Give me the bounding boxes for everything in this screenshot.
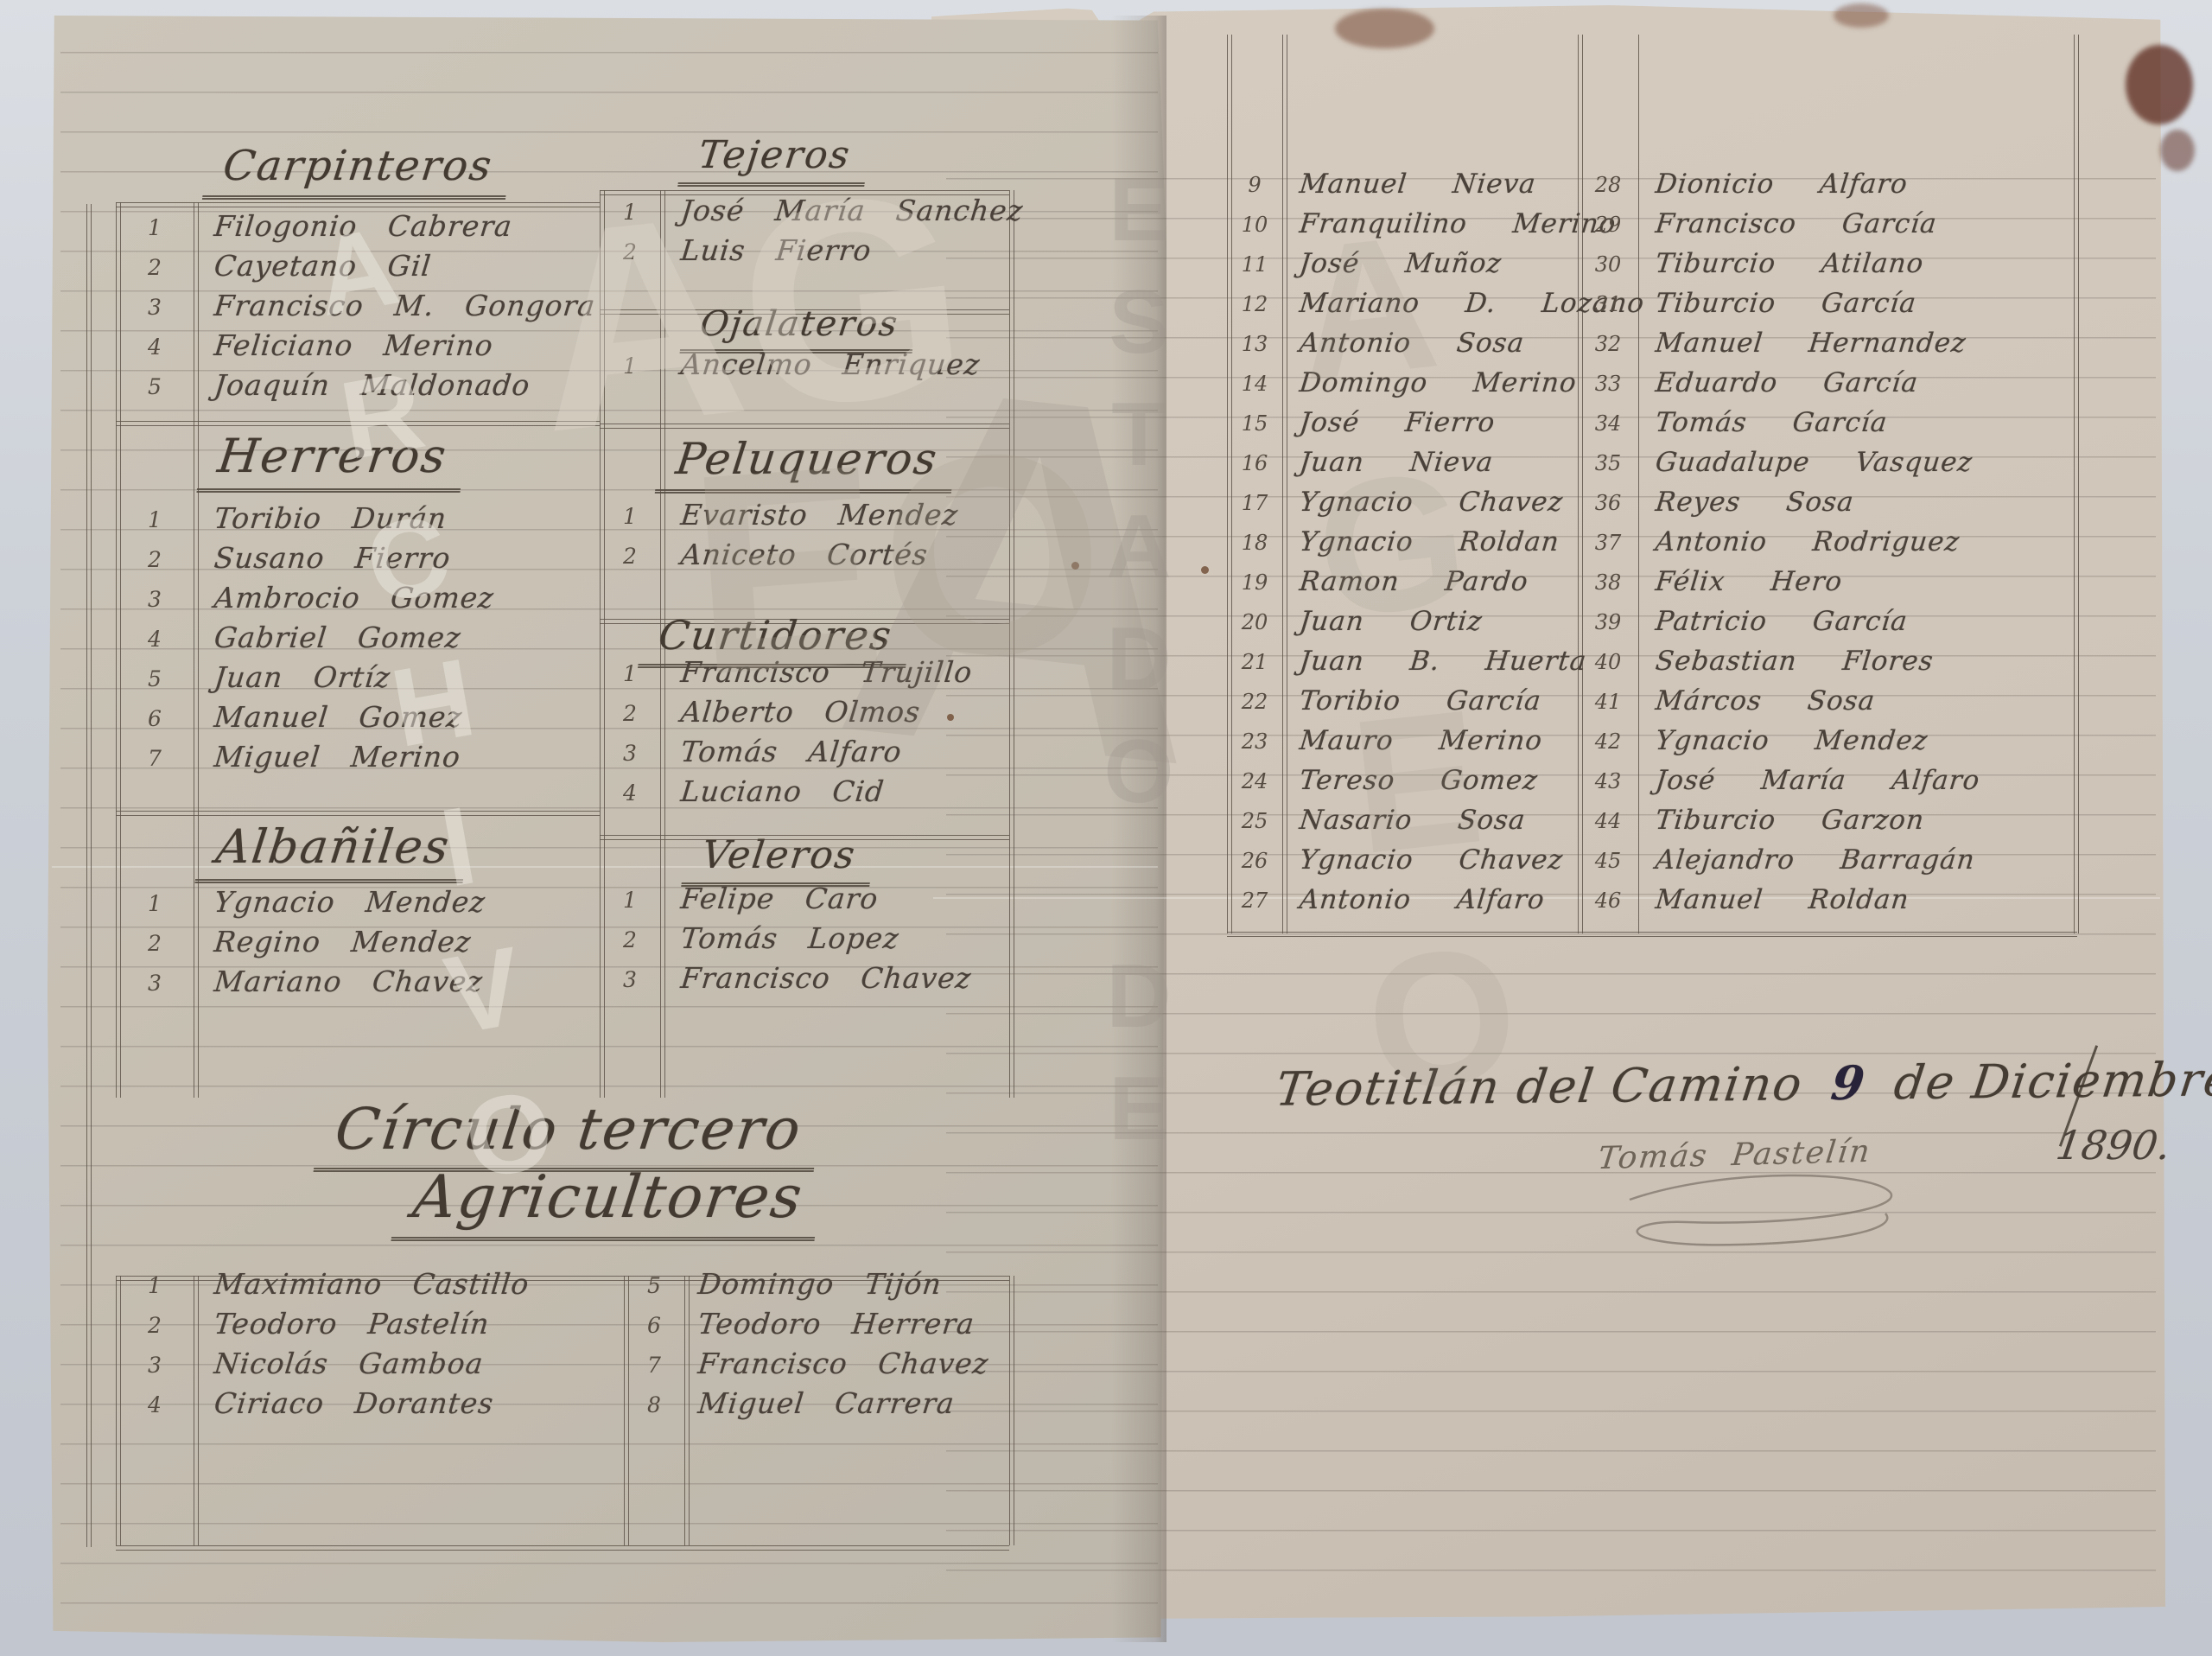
list-item: 12 Mariano D. Lozano (1227, 280, 1576, 320)
entry-name: Francisco M. Gongora (192, 289, 597, 323)
entry-number: 6 (116, 706, 194, 735)
table-border-horizontal (116, 1545, 1009, 1551)
entry-number: 39 (1578, 610, 1638, 638)
list-item: 4 Ciriaco Dorantes (116, 1381, 622, 1421)
list-item: 1 Felipe Caro (600, 876, 1007, 916)
entry-name: Aniceto Cortés (658, 538, 930, 572)
entry-number: 1 (116, 1273, 194, 1302)
name-list-carpinteros: 1 Filogonio Cabrera 2 Cayetano Gil 3 Fra… (116, 204, 598, 403)
entry-name: Alejandro Barragán (1637, 844, 1976, 876)
entry-name: Tiburcio García (1637, 288, 1918, 320)
name-list-peluqueros: 1 Evaristo Mendez 2 Aniceto Cortés (600, 493, 1007, 572)
entry-number: 17 (1227, 491, 1282, 519)
entry-name: Sebastian Flores (1637, 646, 1935, 678)
entry-name: Domingo Merino (1281, 367, 1578, 399)
entry-name: Ancelmo Enriquez (658, 347, 982, 382)
entry-number: 2 (116, 931, 194, 959)
entry-name: Teodoro Herrera (683, 1307, 976, 1341)
list-item: 4 Feliciano Merino (116, 323, 598, 363)
entry-name: Luis Fierro (658, 233, 874, 268)
entry-number: 5 (624, 1273, 684, 1302)
entry-name: Susano Fierro (192, 541, 453, 576)
entry-number: 27 (1227, 889, 1282, 916)
entry-name: Félix Hero (1637, 566, 1844, 598)
name-list-agricultores-left: 1 Maximiano Castillo 2 Teodoro Pastelín … (116, 1262, 622, 1421)
entry-number: 12 (1227, 292, 1282, 320)
list-item: 34 Tomás García (1578, 399, 2072, 439)
table-border-horizontal (600, 424, 1009, 429)
entry-number: 14 (1227, 372, 1282, 399)
entry-number: 28 (1578, 173, 1638, 201)
entry-name: José María Sanchez (658, 194, 1025, 228)
entry-number: 40 (1578, 650, 1638, 678)
dateline-day: 9 (1816, 1055, 1882, 1111)
entry-number: 26 (1227, 849, 1282, 876)
entry-number: 1 (600, 661, 660, 690)
entry-name: Manuel Roldan (1637, 884, 1910, 916)
entry-number: 7 (116, 746, 194, 774)
list-item: 2 Aniceto Cortés (600, 532, 1007, 572)
list-item: 36 Reyes Sosa (1578, 479, 2072, 519)
list-item: 41 Márcos Sosa (1578, 678, 2072, 717)
entry-name: Dionicio Alfaro (1637, 169, 1910, 201)
list-item: 3 Tomás Alfaro (600, 729, 1007, 769)
entry-name: Nicolás Gamboa (192, 1347, 486, 1381)
section-title-albaniles: Albañiles (194, 819, 470, 883)
entry-name: Regino Mendez (192, 925, 473, 959)
list-item: 2 Teodoro Pastelín (116, 1302, 622, 1341)
entry-number: 1 (600, 888, 660, 916)
entry-number: 34 (1578, 411, 1638, 439)
entry-number: 25 (1227, 809, 1282, 837)
list-item: 3 Francisco M. Gongora (116, 283, 598, 323)
list-item: 14 Domingo Merino (1227, 360, 1576, 399)
scanned-document: Carpinteros 1 Filogonio Cabrera 2 Cayeta… (0, 0, 2212, 1656)
table-border-vertical (1009, 1276, 1014, 1545)
entry-number: 2 (600, 927, 660, 956)
entry-name: Miguel Merino (192, 740, 462, 774)
list-item: 42 Ygnacio Mendez (1578, 717, 2072, 757)
entry-name: Ygnacio Chavez (1281, 844, 1565, 876)
entry-name: Tiburcio Atilano (1637, 248, 1925, 280)
section-title-herreros: Herreros (196, 429, 467, 493)
entry-name: Toribio Durán (192, 501, 448, 536)
entry-name: Ambrocio Gomez (192, 581, 496, 615)
entry-number: 1 (116, 891, 194, 920)
entry-number: 3 (116, 971, 194, 999)
entry-name: Juan B. Huerta (1281, 646, 1588, 678)
list-item: 2 Cayetano Gil (116, 244, 598, 283)
entry-name: Domingo Tijón (683, 1267, 944, 1302)
entry-number: 29 (1578, 213, 1638, 240)
entry-number: 19 (1227, 570, 1282, 598)
entry-name: Ygnacio Mendez (192, 885, 487, 920)
punch-hole (1201, 566, 1209, 574)
list-item: 22 Toribio García (1227, 678, 1576, 717)
entry-name: Tomás Alfaro (658, 735, 904, 769)
list-item: 5 Juan Ortíz (116, 655, 598, 695)
entry-number: 31 (1578, 292, 1638, 320)
dateline-place: Teotitlán del Camino (1273, 1056, 1807, 1116)
entry-number: 24 (1227, 769, 1282, 797)
entry-name: Manuel Hernandez (1637, 328, 1967, 360)
list-item: 46 Manuel Roldan (1578, 876, 2072, 916)
entry-number: 2 (600, 701, 660, 729)
entry-name: Tereso Gomez (1281, 765, 1540, 797)
entry-number: 1 (600, 200, 660, 228)
entry-number: 6 (624, 1313, 684, 1341)
entry-name: Evaristo Mendez (658, 498, 960, 532)
entry-number: 41 (1578, 690, 1638, 717)
list-item: 13 Antonio Sosa (1227, 320, 1576, 360)
list-item: 23 Mauro Merino (1227, 717, 1576, 757)
list-item: 26 Ygnacio Chavez (1227, 837, 1576, 876)
entry-name: Juan Ortíz (192, 660, 392, 695)
list-item: 27 Antonio Alfaro (1227, 876, 1576, 916)
list-item: 33 Eduardo García (1578, 360, 2072, 399)
list-item: 38 Félix Hero (1578, 558, 2072, 598)
entry-name: Antonio Rodriguez (1637, 526, 1961, 558)
entry-name: Toribio García (1281, 685, 1543, 717)
entry-name: Ramon Pardo (1281, 566, 1530, 598)
entry-name: Maximiano Castillo (192, 1267, 531, 1302)
list-item: 6 Manuel Gomez (116, 695, 598, 735)
entry-name: José María Alfaro (1637, 765, 1981, 797)
list-item: 1 Ygnacio Mendez (116, 880, 598, 920)
list-item: 2 Tomás Lopez (600, 916, 1007, 956)
entry-number: 2 (116, 1313, 194, 1341)
list-item: 19 Ramon Pardo (1227, 558, 1576, 598)
entry-number: 21 (1227, 650, 1282, 678)
entry-name: Tiburcio Garzon (1637, 805, 1926, 837)
list-item: 17 Ygnacio Chavez (1227, 479, 1576, 519)
entry-name: Manuel Gomez (192, 700, 464, 735)
entry-number: 11 (1227, 252, 1282, 280)
entry-number: 1 (116, 215, 194, 244)
dateline-rest: de Diciembre (1891, 1052, 2212, 1110)
name-list-tejeros: 1 José María Sanchez 2 Luis Fierro (600, 188, 1007, 268)
list-item: 31 Tiburcio García (1578, 280, 2072, 320)
list-item: 1 Filogonio Cabrera (116, 204, 598, 244)
stain (1335, 9, 1434, 48)
list-item: 30 Tiburcio Atilano (1578, 240, 2072, 280)
table-border-horizontal (116, 421, 600, 426)
entry-name: Ygnacio Mendez (1637, 725, 1929, 757)
list-item: 2 Alberto Olmos (600, 690, 1007, 729)
entry-name: Tomás García (1637, 407, 1889, 439)
list-item: 4 Luciano Cid (600, 769, 1007, 809)
entry-number: 13 (1227, 332, 1282, 360)
entry-name: Francisco Trujillo (658, 655, 974, 690)
list-item: 1 Toribio Durán (116, 496, 598, 536)
entry-name: Franquilino Merino (1281, 208, 1618, 240)
entry-number: 35 (1578, 451, 1638, 479)
list-item: 43 José María Alfaro (1578, 757, 2072, 797)
list-item: 20 Juan Ortiz (1227, 598, 1576, 638)
name-list-right-col2: 28 Dionicio Alfaro 29 Francisco García 3… (1578, 161, 2072, 916)
list-item: 5 Joaquín Maldonado (116, 363, 598, 403)
entry-number: 38 (1578, 570, 1638, 598)
entry-name: Felipe Caro (658, 882, 880, 916)
name-list-albaniles: 1 Ygnacio Mendez 2 Regino Mendez 3 Maria… (116, 880, 598, 999)
list-item: 44 Tiburcio Garzon (1578, 797, 2072, 837)
entry-number: 45 (1578, 849, 1638, 876)
entry-name: Guadalupe Vasquez (1637, 447, 1974, 479)
entry-name: Gabriel Gomez (192, 621, 463, 655)
entry-number: 37 (1578, 531, 1638, 558)
list-item: 24 Tereso Gomez (1227, 757, 1576, 797)
entry-name: Teodoro Pastelín (192, 1307, 492, 1341)
entry-name: Joaquín Maldonado (192, 368, 532, 403)
entry-name: Eduardo García (1637, 367, 1920, 399)
list-item: 5 Domingo Tijón (624, 1262, 1007, 1302)
entry-number: 10 (1227, 213, 1282, 240)
entry-number: 2 (116, 255, 194, 283)
entry-name: Miguel Carrera (683, 1386, 957, 1421)
entry-number: 4 (116, 334, 194, 363)
entry-number: 3 (116, 295, 194, 323)
entry-number: 2 (600, 544, 660, 572)
list-item: 4 Gabriel Gomez (116, 615, 598, 655)
entry-number: 46 (1578, 889, 1638, 916)
entry-name: Reyes Sosa (1637, 487, 1855, 519)
table-border-horizontal (116, 811, 600, 816)
list-item: 16 Juan Nieva (1227, 439, 1576, 479)
heading-agricultores: Agricultores (391, 1163, 823, 1241)
dateline: Teotitlán del Camino 9 de Diciembre (1273, 1051, 2212, 1117)
list-item: 1 Ancelmo Enriquez (600, 342, 1007, 382)
heading-circulo-tercero: Círculo tercero (314, 1096, 823, 1172)
stain (2160, 130, 2195, 171)
entry-name: José Muñoz (1281, 248, 1503, 280)
list-item: 15 José Fierro (1227, 399, 1576, 439)
entry-number: 9 (1227, 173, 1282, 201)
entry-number: 5 (116, 374, 194, 403)
entry-name: Luciano Cid (658, 774, 887, 809)
entry-number: 2 (600, 239, 660, 268)
table-border-vertical (1009, 190, 1014, 1098)
entry-name: Ciriaco Dorantes (192, 1386, 496, 1421)
list-item: 21 Juan B. Huerta (1227, 638, 1576, 678)
entry-name: Antonio Sosa (1281, 328, 1526, 360)
entry-number: 44 (1578, 809, 1638, 837)
entry-name: Juan Nieva (1281, 447, 1495, 479)
stain (1834, 3, 1889, 28)
entry-number: 1 (600, 504, 660, 532)
table-border-vertical (2074, 35, 2079, 933)
signature-rubric (1604, 1163, 1915, 1267)
stain (2126, 45, 2193, 124)
entry-number: 8 (624, 1392, 684, 1421)
list-item: 3 Francisco Chavez (600, 956, 1007, 996)
entry-number: 18 (1227, 531, 1282, 558)
list-item: 1 José María Sanchez (600, 188, 1007, 228)
list-item: 28 Dionicio Alfaro (1578, 161, 2072, 201)
entry-number: 3 (116, 1353, 194, 1381)
entry-number: 36 (1578, 491, 1638, 519)
entry-number: 4 (600, 780, 660, 809)
list-item: 10 Franquilino Merino (1227, 201, 1576, 240)
entry-name: Márcos Sosa (1637, 685, 1877, 717)
list-item: 1 Evaristo Mendez (600, 493, 1007, 532)
section-title-carpinteros: Carpinteros (202, 142, 513, 200)
entry-number: 42 (1578, 729, 1638, 757)
dateline-year: 1890. (2053, 1122, 2173, 1169)
list-item: 37 Antonio Rodriguez (1578, 519, 2072, 558)
table-border-vertical (86, 204, 92, 1547)
name-list-herreros: 1 Toribio Durán 2 Susano Fierro 3 Ambroc… (116, 496, 598, 774)
entry-number: 4 (116, 1392, 194, 1421)
entry-number: 3 (600, 741, 660, 769)
list-item: 1 Maximiano Castillo (116, 1262, 622, 1302)
list-item: 39 Patricio García (1578, 598, 2072, 638)
entry-name: Filogonio Cabrera (192, 209, 514, 244)
entry-name: Francisco García (1637, 208, 1939, 240)
name-list-ojalateros: 1 Ancelmo Enriquez (600, 342, 1007, 382)
list-item: 45 Alejandro Barragán (1578, 837, 2072, 876)
entry-name: Francisco Chavez (683, 1347, 990, 1381)
entry-number: 4 (116, 627, 194, 655)
entry-name: Tomás Lopez (658, 921, 901, 956)
entry-number: 3 (116, 587, 194, 615)
list-item: 3 Ambrocio Gomez (116, 576, 598, 615)
entry-name: Feliciano Merino (192, 328, 495, 363)
list-item: 3 Mariano Chavez (116, 959, 598, 999)
name-list-curtidores: 1 Francisco Trujillo 2 Alberto Olmos 3 T… (600, 650, 1007, 809)
entry-name: Francisco Chavez (658, 961, 973, 996)
entry-number: 30 (1578, 252, 1638, 280)
list-item: 1 Francisco Trujillo (600, 650, 1007, 690)
list-item: 29 Francisco García (1578, 201, 2072, 240)
entry-name: José Fierro (1281, 407, 1497, 439)
entry-number: 3 (600, 967, 660, 996)
entry-name: Ygnacio Roldan (1281, 526, 1561, 558)
entry-number: 32 (1578, 332, 1638, 360)
name-list-agricultores-right: 5 Domingo Tijón 6 Teodoro Herrera 7 Fran… (624, 1262, 1007, 1421)
entry-number: 43 (1578, 769, 1638, 797)
list-item: 18 Ygnacio Roldan (1227, 519, 1576, 558)
punch-hole (1071, 562, 1079, 570)
entry-name: Mariano Chavez (192, 965, 485, 999)
list-item: 32 Manuel Hernandez (1578, 320, 2072, 360)
entry-name: Cayetano Gil (192, 249, 433, 283)
entry-name: Alberto Olmos (658, 695, 922, 729)
list-item: 11 José Muñoz (1227, 240, 1576, 280)
entry-name: Manuel Nieva (1281, 169, 1538, 201)
list-item: 9 Manuel Nieva (1227, 161, 1576, 201)
entry-name: Mauro Merino (1281, 725, 1544, 757)
entry-number: 5 (116, 666, 194, 695)
list-item: 40 Sebastian Flores (1578, 638, 2072, 678)
name-list-right-col1: 9 Manuel Nieva 10 Franquilino Merino 11 … (1227, 161, 1576, 916)
entry-number: 1 (600, 353, 660, 382)
entry-number: 7 (624, 1353, 684, 1381)
list-item: 8 Miguel Carrera (624, 1381, 1007, 1421)
entry-name: Nasario Sosa (1281, 805, 1527, 837)
entry-name: Patricio García (1637, 606, 1910, 638)
entry-number: 1 (116, 507, 194, 536)
list-item: 2 Susano Fierro (116, 536, 598, 576)
table-border-horizontal (1227, 932, 2077, 937)
section-title-tejeros: Tejeros (677, 133, 870, 187)
list-item: 7 Francisco Chavez (624, 1341, 1007, 1381)
section-title-peluqueros: Peluqueros (655, 434, 958, 494)
entry-name: Antonio Alfaro (1281, 884, 1547, 916)
entry-name: Juan Ortiz (1281, 606, 1484, 638)
list-item: 2 Regino Mendez (116, 920, 598, 959)
entry-number: 20 (1227, 610, 1282, 638)
list-item: 2 Luis Fierro (600, 228, 1007, 268)
entry-number: 16 (1227, 451, 1282, 479)
entry-number: 33 (1578, 372, 1638, 399)
entry-number: 15 (1227, 411, 1282, 439)
list-item: 6 Teodoro Herrera (624, 1302, 1007, 1341)
list-item: 25 Nasario Sosa (1227, 797, 1576, 837)
list-item: 3 Nicolás Gamboa (116, 1341, 622, 1381)
entry-number: 2 (116, 547, 194, 576)
list-item: 7 Miguel Merino (116, 735, 598, 774)
entry-number: 22 (1227, 690, 1282, 717)
name-list-veleros: 1 Felipe Caro 2 Tomás Lopez 3 Francisco … (600, 876, 1007, 996)
entry-name: Ygnacio Chavez (1281, 487, 1565, 519)
list-item: 35 Guadalupe Vasquez (1578, 439, 2072, 479)
entry-number: 23 (1227, 729, 1282, 757)
